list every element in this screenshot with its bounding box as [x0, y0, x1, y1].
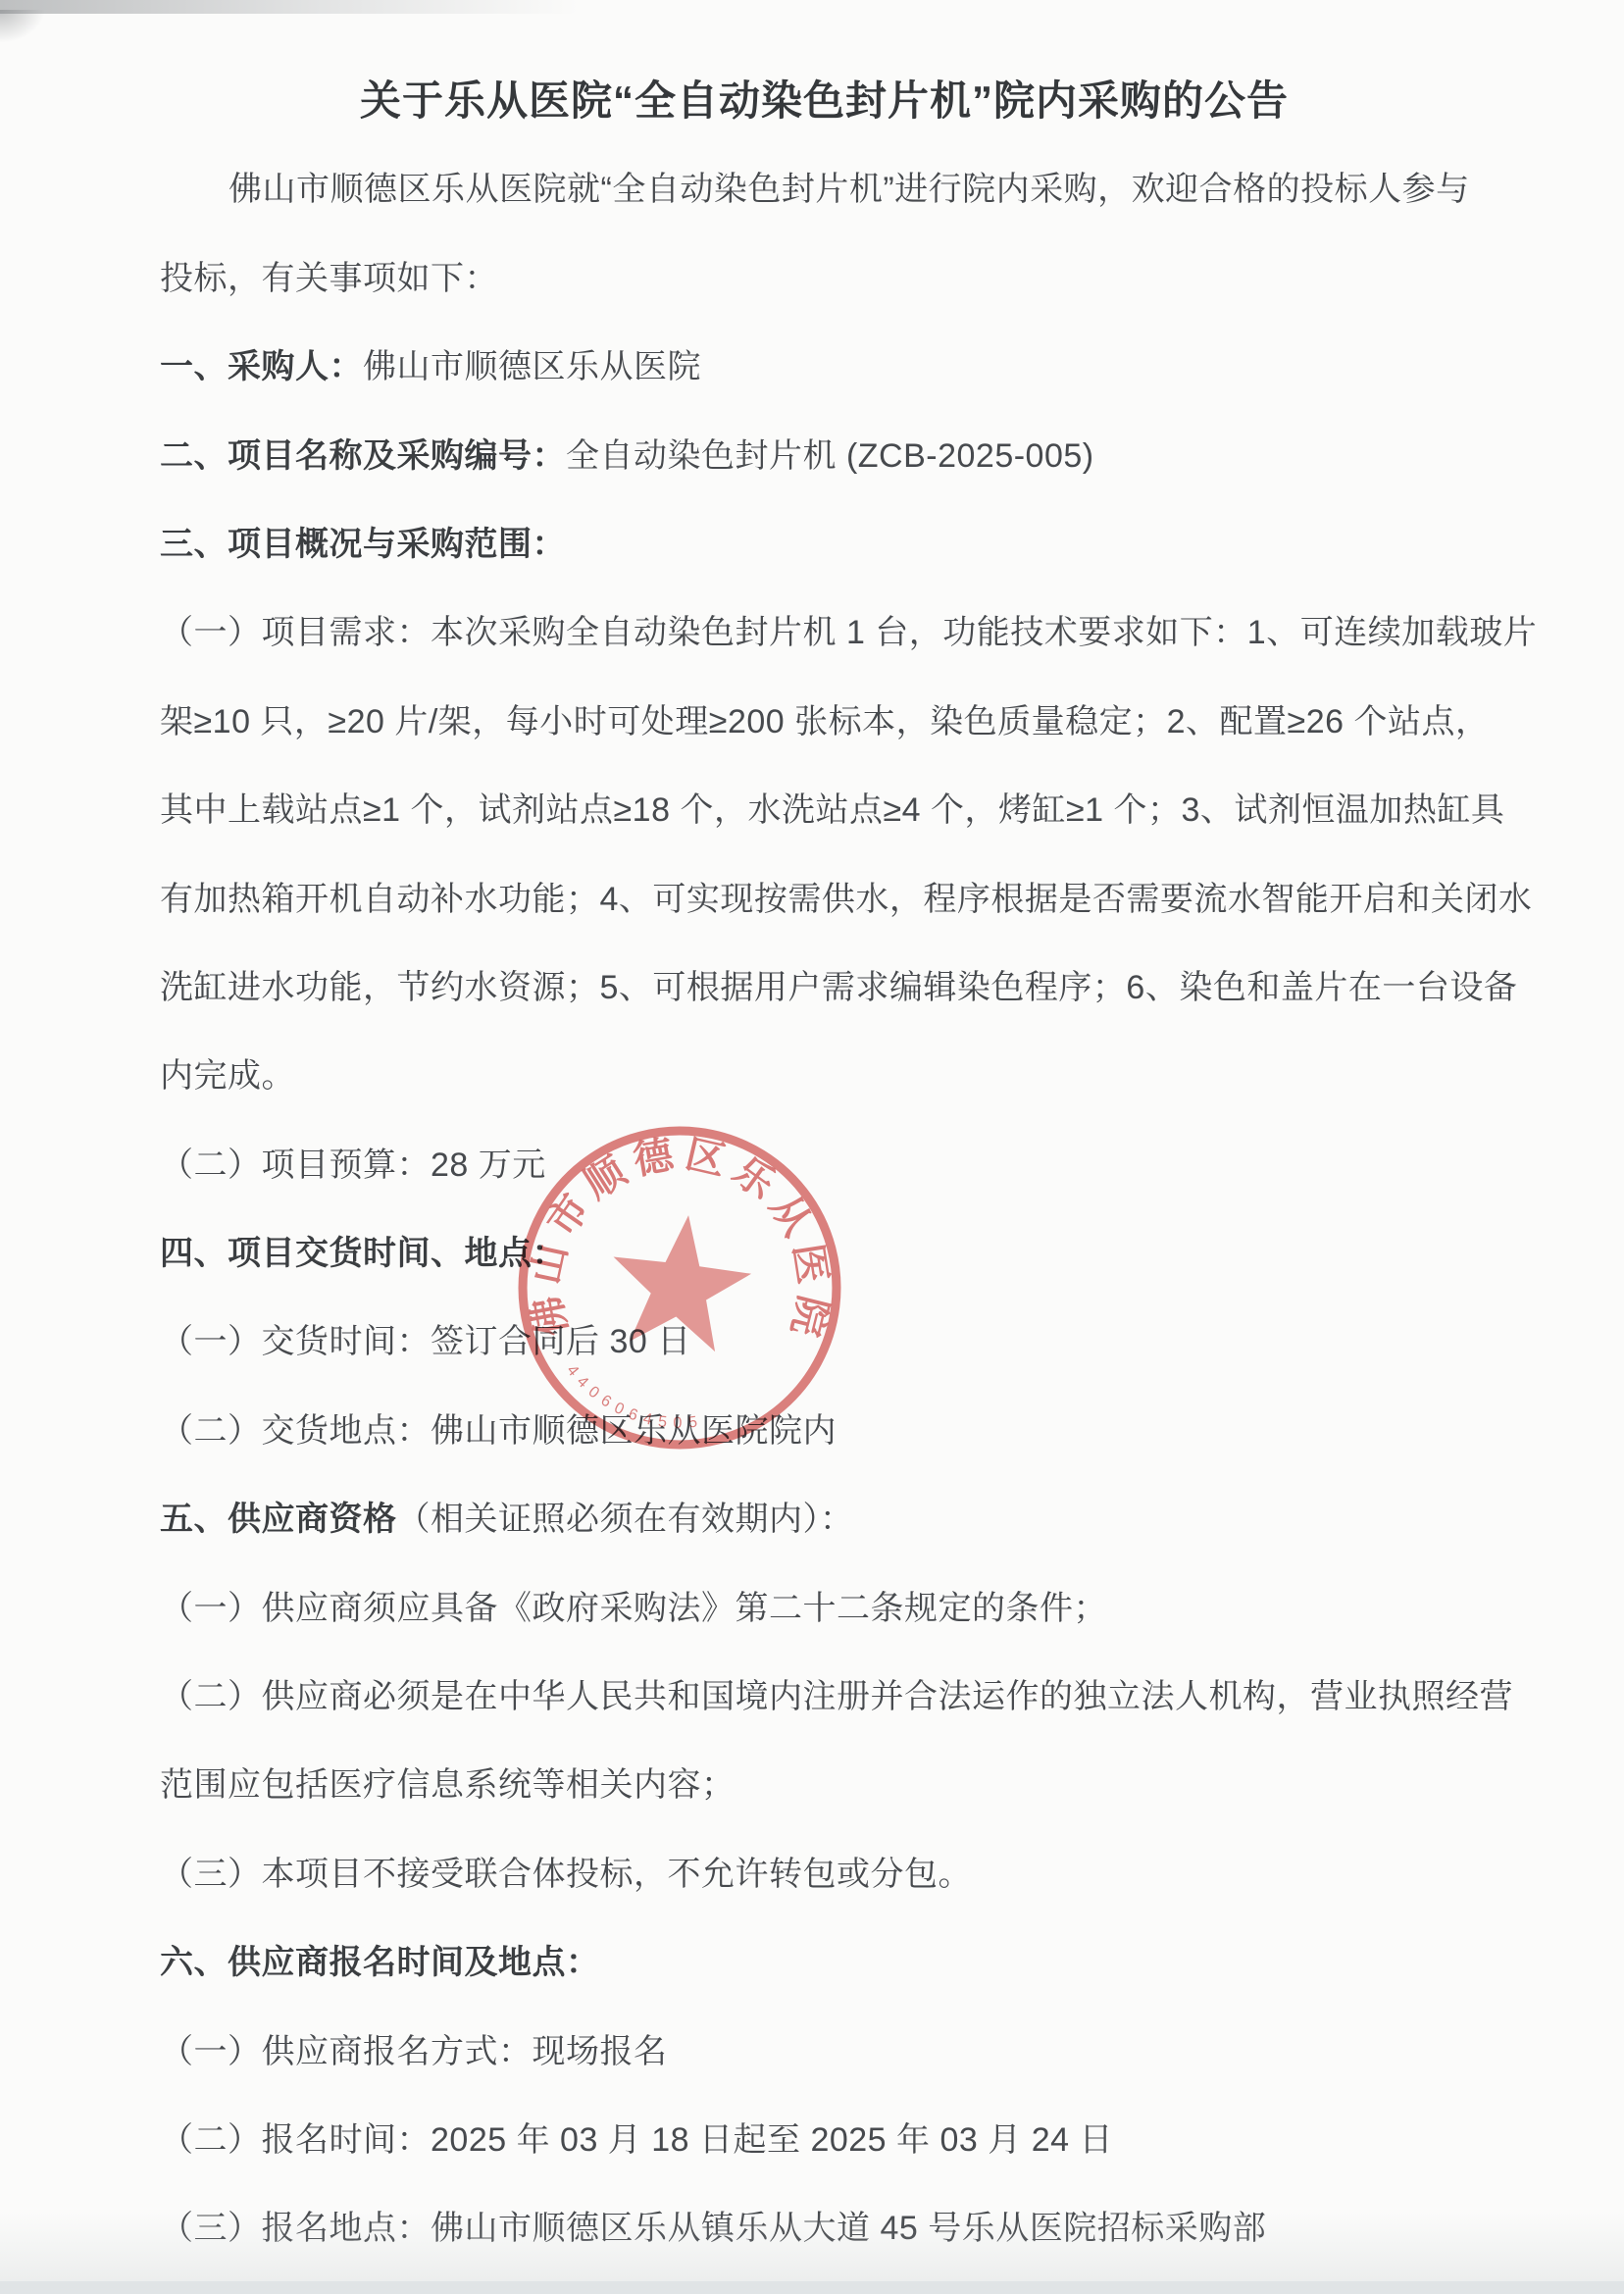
doc-line-21: 六、供应商报名时间及地点：	[160, 1918, 1489, 2007]
doc-line-1: 佛山市顺德区乐从医院就“全自动染色封片机”进行院内采购，欢迎合格的投标人参与	[160, 145, 1489, 233]
doc-line-20: （三）本项目不接受联合体投标，不允许转包或分包。	[160, 1830, 1489, 1918]
doc-line-9: 有加热箱开机自动补水功能；4、可实现按需供水，程序根据是否需要流水智能开启和关闭…	[160, 855, 1489, 943]
doc-line-3-heading-label: 一、采购人：	[160, 348, 363, 385]
scanned-document-page: 关于乐从医院“全自动染色封片机”院内采购的公告 佛山市顺德区乐从医院就“全自动染…	[0, 0, 1624, 2294]
scan-artifact-bottom-shade	[0, 2213, 1624, 2281]
doc-line-10: 洗缸进水功能，节约水资源；5、可根据用户需求编辑染色程序；6、染色和盖片在一台设…	[160, 943, 1489, 1032]
doc-line-22: （一）供应商报名方式：现场报名	[160, 2008, 1489, 2096]
svg-text:4406064505: 4406064505	[558, 1360, 712, 1436]
scan-artifact-corner	[0, 10, 45, 43]
scan-artifact-top	[0, 0, 579, 14]
doc-line-5: 三、项目概况与采购范围：	[160, 500, 1489, 588]
doc-line-21-heading-label: 六、供应商报名时间及地点：	[160, 1944, 600, 1981]
doc-line-2: 投标，有关事项如下：	[160, 234, 1489, 323]
doc-line-16: 五、供应商资格（相关证照必须在有效期内）：	[160, 1475, 1489, 1563]
seal-star-icon	[603, 1206, 757, 1354]
doc-line-4: 二、项目名称及采购编号：全自动染色封片机 (ZCB-2025-005)	[160, 412, 1489, 500]
doc-line-17: （一）供应商须应具备《政府采购法》第二十二条规定的条件；	[160, 1564, 1489, 1653]
doc-line-16-heading-label: 五、供应商资格	[160, 1501, 397, 1538]
scan-artifact-bottom-bar	[0, 2281, 1624, 2294]
hospital-seal: 佛山市顺德区乐从医院 4406064505	[495, 1103, 865, 1473]
doc-line-18: （二）供应商必须是在中华人民共和国境内注册并合法运作的独立法人机构，营业执照经营	[160, 1653, 1489, 1741]
doc-line-8: 其中上载站点≥1 个，试剂站点≥18 个，水洗站点≥4 个，烤缸≥1 个；3、试…	[160, 766, 1489, 854]
doc-line-4-heading-label: 二、项目名称及采购编号：	[160, 437, 566, 475]
doc-line-7: 架≥10 只，≥20 片/架，每小时可处理≥200 张标本，染色质量稳定；2、配…	[160, 678, 1489, 766]
seal-number: 4406064505	[558, 1360, 712, 1436]
doc-line-6: （一）项目需求：本次采购全自动染色封片机 1 台，功能技术要求如下：1、可连续加…	[160, 588, 1489, 677]
doc-line-13-heading-label: 四、项目交货时间、地点：	[160, 1235, 566, 1272]
doc-line-19: 范围应包括医疗信息系统等相关内容；	[160, 1741, 1489, 1829]
doc-line-5-heading-label: 三、项目概况与采购范围：	[160, 526, 566, 563]
doc-line-3: 一、采购人：佛山市顺德区乐从医院	[160, 323, 1489, 411]
doc-line-11: 内完成。	[160, 1032, 1489, 1120]
page-title: 关于乐从医院“全自动染色封片机”院内采购的公告	[160, 57, 1489, 145]
doc-line-23: （二）报名时间：2025 年 03 月 18 日起至 2025 年 03 月 2…	[160, 2096, 1489, 2184]
